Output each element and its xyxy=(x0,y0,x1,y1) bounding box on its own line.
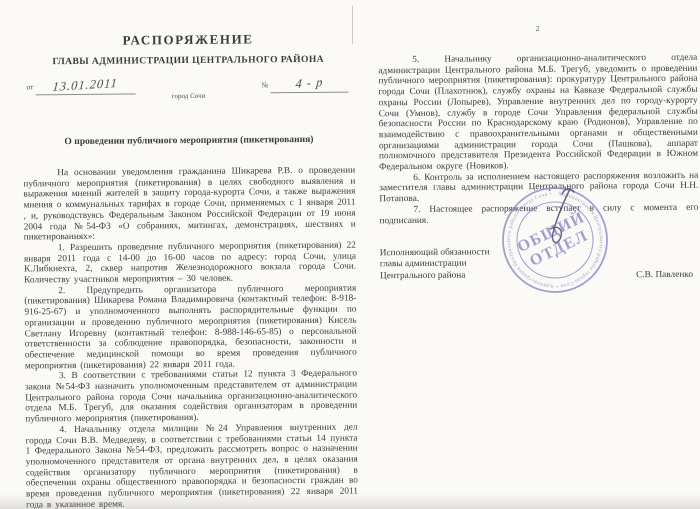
doc-meta-row: от 13.01.2011 город Сочи № 4 - р xyxy=(22,74,354,111)
page-number: 2 xyxy=(378,23,697,35)
doc-number: № 4 - р xyxy=(261,76,348,94)
paragraph-intro: На основании уведомления гражданина Шика… xyxy=(23,166,356,244)
date-label: от xyxy=(26,82,33,91)
paragraph-1: 1. Разрешить проведение публичного мероп… xyxy=(24,240,356,286)
page-1: РАСПОРЯЖЕНИЕ ГЛАВЫ АДМИНИСТРАЦИИ ЦЕНТРАЛ… xyxy=(22,31,358,509)
scanned-document: РАСПОРЯЖЕНИЕ ГЛАВЫ АДМИНИСТРАЦИИ ЦЕНТРАЛ… xyxy=(0,0,700,509)
handwritten-number: 4 - р xyxy=(295,75,324,92)
official-stamp: Администрация Центрального района города… xyxy=(498,183,612,297)
stamp-seal-icon: Администрация Центрального района города… xyxy=(498,183,612,297)
number-underline: 4 - р xyxy=(270,76,348,94)
paragraph-3: 3. В соответствии с требованиями статьи … xyxy=(25,369,357,425)
scan-edge-shadow xyxy=(0,493,700,509)
doc-title: РАСПОРЯЖЕНИЕ xyxy=(22,31,354,50)
number-label: № xyxy=(261,80,268,89)
doc-subject: О проведении публичного мероприятия (пик… xyxy=(23,134,355,148)
doc-subtitle: ГЛАВЫ АДМИНИСТРАЦИИ ЦЕНТРАЛЬНОГО РАЙОНА xyxy=(22,54,354,68)
page-1-body: На основании уведомления гражданина Шика… xyxy=(23,166,358,509)
signatory-name: С.В. Павленко xyxy=(636,270,693,280)
paragraph-2: 2. Предупредить организатора публичного … xyxy=(24,283,357,372)
paragraph-5: 5. Начальнику организационно-аналитическ… xyxy=(378,53,698,173)
